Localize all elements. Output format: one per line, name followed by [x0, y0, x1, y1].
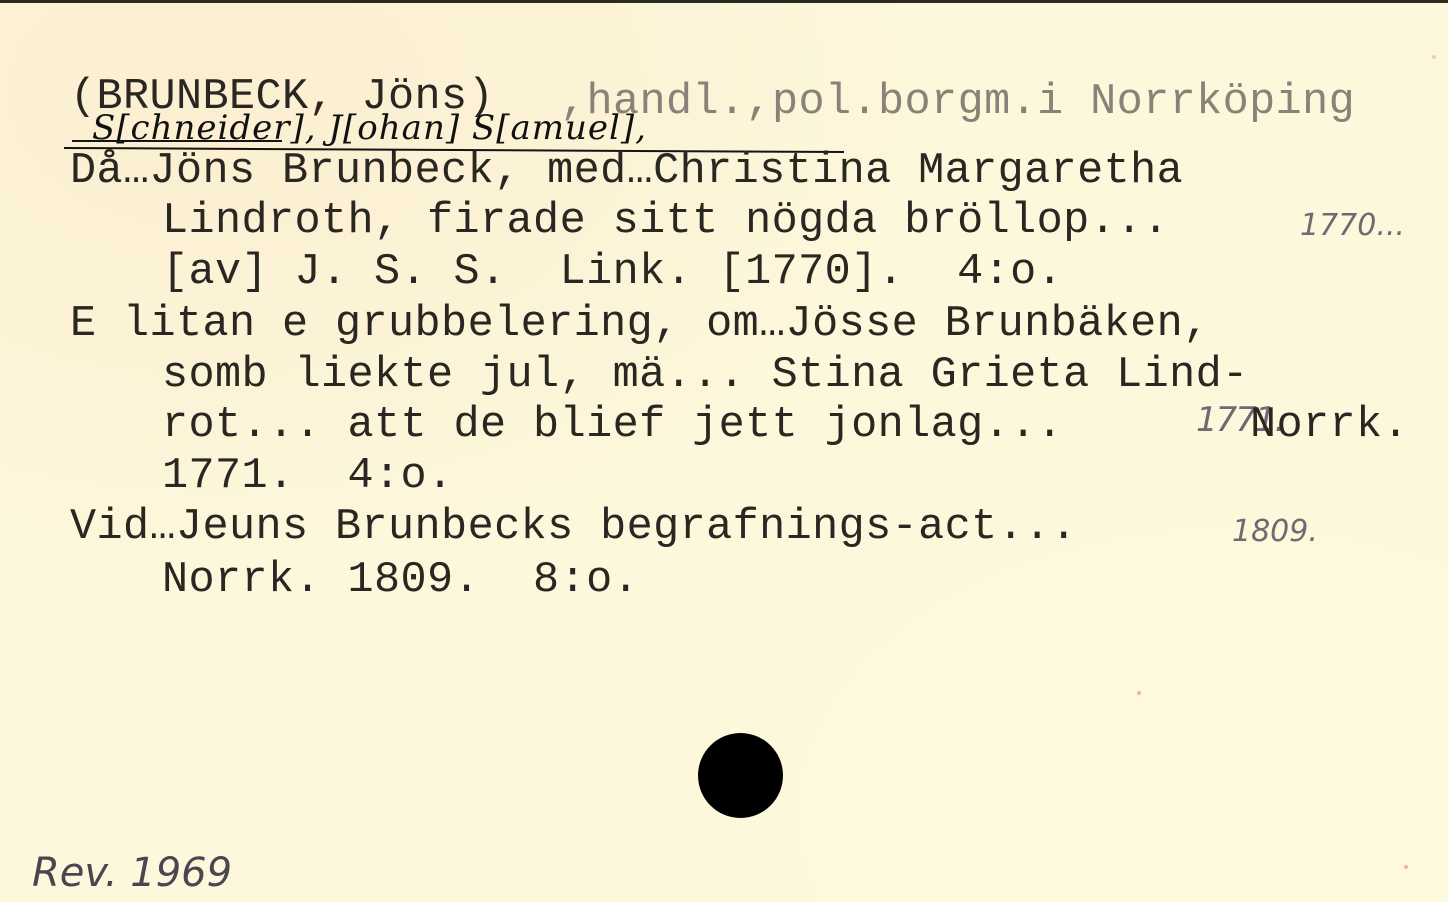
correction-underline [72, 140, 282, 142]
paper-speck [1137, 691, 1141, 695]
catalog-card: (BRUNBECK, Jöns) ,handl.,pol.borgm.i Nor… [0, 3, 1448, 902]
paper-speck [1432, 55, 1436, 59]
entry-1-line-3: [av] J. S. S. Link. [1770]. 4:o. [162, 251, 1063, 295]
entry-1-line-2: Lindroth, firade sitt nögda bröllop... [162, 200, 1169, 244]
entry-1-line-1: Då…Jöns Brunbeck, med…Christina Margaret… [70, 150, 1183, 194]
heading-descriptor: ,handl.,pol.borgm.i Norrköping [560, 81, 1355, 125]
entry-3-line-2: Norrk. 1809. 8:o. [162, 559, 639, 603]
punch-hole [698, 733, 783, 818]
paper-speck [1404, 865, 1408, 869]
revision-note: Rev. 1969 [32, 853, 232, 893]
entry-1-pencil-year: 1770... [1300, 211, 1405, 241]
entry-2-line-2: somb liekte jul, mä... Stina Grieta Lind… [162, 354, 1249, 398]
entry-2-line-3-tail: Norrk. [1250, 404, 1409, 448]
entry-2-line-4: 1771. 4:o. [162, 455, 454, 499]
entry-3-pencil-year: 1809. [1232, 517, 1318, 547]
entry-3-line-1: Vid…Jeuns Brunbecks begrafnings-act... [70, 506, 1077, 550]
entry-2-line-1: E litan e grubbelering, om…Jösse Brunbäk… [70, 303, 1210, 347]
entry-2-line-3: rot... att de blief jett jonlag... [162, 404, 1063, 448]
